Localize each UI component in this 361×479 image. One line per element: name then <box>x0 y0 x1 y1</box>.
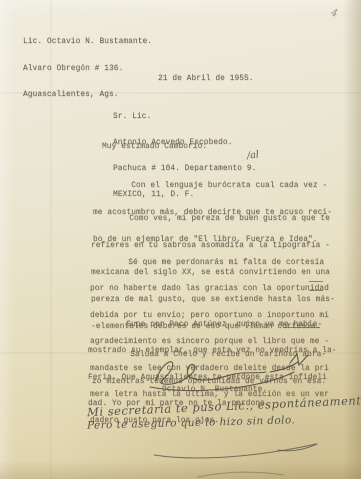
body-line: Sé que me perdonarás mi falta de cortesí… <box>90 259 329 267</box>
date-line: 21 de Abril de 1955. <box>158 75 254 84</box>
salutation: Muy estimado Camborio: <box>102 143 207 152</box>
body-line: Con el lenguaje burócrata cual cada vez … <box>93 182 332 191</box>
underline-mark <box>309 281 323 282</box>
typed-signature-name: Octavio N. Bustamante. <box>162 386 267 395</box>
underline-mark <box>309 290 323 291</box>
handwritten-insertion: /al <box>246 149 259 161</box>
handwritten-flourish <box>150 438 322 462</box>
sender-line: Alvaro Obregón # 136. <box>23 65 152 74</box>
sender-line: Lic. Octavio N. Bustamante. <box>23 38 152 47</box>
handwritten-flourish-faint <box>196 470 286 479</box>
letter-scan: Lic. Octavio N. Bustamante. Alvaro Obreg… <box>0 0 361 479</box>
body-line: Como ves, mi pereza de buen gusto a que … <box>91 215 335 224</box>
pencil-corner-mark: 4 <box>330 7 339 19</box>
underline-mark <box>283 327 320 328</box>
recipient-line: Sr. Lic. <box>113 113 256 121</box>
body-line: Supe por Paco Antúnez, quien ya me había… <box>88 321 337 329</box>
body-line: por no haberte dado las gracias con la o… <box>90 285 329 293</box>
